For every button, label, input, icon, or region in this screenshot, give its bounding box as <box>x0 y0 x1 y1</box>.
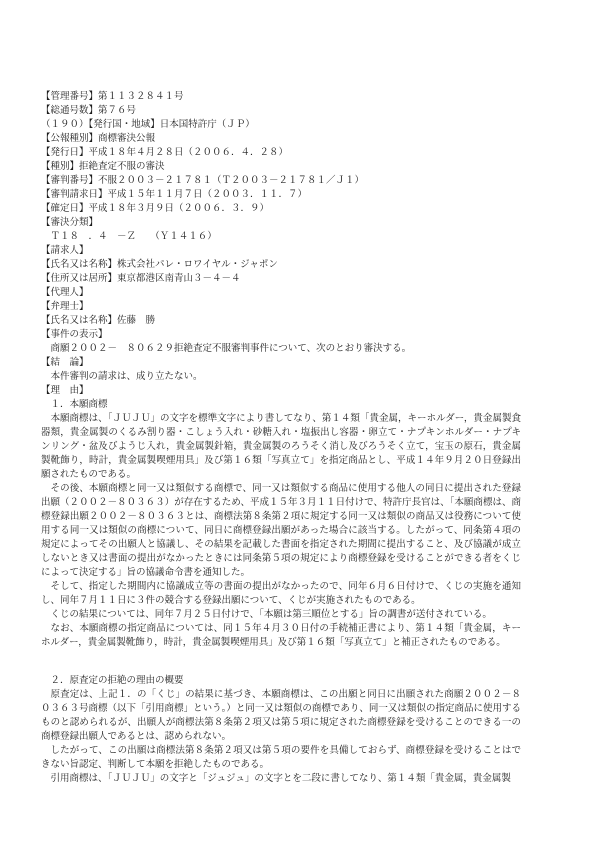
issuing-country: （１９０）【発行国・地域】日本国特許庁（ＪＰ） <box>41 118 521 132</box>
case-indication-label: 【事件の表示】 <box>41 328 521 342</box>
issue-date: 【発行日】平成１８年４月２８日（２００６．４．２８） <box>41 146 521 160</box>
agent-label: 【代理人】 <box>41 286 521 300</box>
case-indication: 商願２００２－ ８０６２９拒絶査定不服審判事件について、次のとおり審決する。 <box>41 342 521 356</box>
section-1-paragraph-2: その後、本願商標と同一又は類似する商標で、同一又は類似する商品に使用する他人の同… <box>41 482 521 580</box>
section-2-paragraph-1: 原査定は、上記１．の「くじ」の結果に基づき、本願商標は、この出願と同日に出願され… <box>41 688 521 744</box>
management-number: 【管理番号】第１１３２８４１号 <box>41 90 521 104</box>
section-gap <box>41 650 521 674</box>
conclusion-text: 本件審判の請求は、成り立たない。 <box>41 370 521 384</box>
section-1-paragraph-4: くじの結果については、同年７月２５日付けで、「本願は第三順位とする」旨の調書が送… <box>41 608 521 622</box>
section-1-heading: １．本願商標 <box>41 398 521 412</box>
section-1-paragraph-1: 本願商標は、「ＪＵＪＵ」の文字を標準文字により書してなり、第１４類「貴金属，キー… <box>41 412 521 482</box>
attorney-name: 【氏名又は名称】佐藤 勝 <box>41 314 521 328</box>
demandant-address: 【住所又は居所】東京都港区南青山３－４－４ <box>41 272 521 286</box>
document-body: 【管理番号】第１１３２８４１号【総通号数】第７６号（１９０）【発行国・地域】日本… <box>41 90 521 786</box>
final-date: 【確定日】平成１８年３月９日（２００６．３．９） <box>41 202 521 216</box>
section-2-paragraph-3: 引用商標は、「ＪＵＪＵ」の文字と「ジュジュ」の文字とを二段に書してなり、第１４類… <box>41 772 521 786</box>
conclusion-label: 【結 論】 <box>41 356 521 370</box>
section-1-paragraph-3: そして、指定した期間内に協議成立等の書面の提出がなかったので、同年６月６日付けで… <box>41 580 521 608</box>
section-2-paragraph-2: したがって、この出願は商標法第８条第２項又は第５項の要件を具備しておらず、商標登… <box>41 744 521 772</box>
appeal-number: 【審判番号】不服２００３－２１７８１（Ｔ２００３－２１７８１／Ｊ１） <box>41 174 521 188</box>
section-1-paragraph-5: なお、本願商標の指定商品については、同１５年４月３０日付の手続補正書により、第１… <box>41 622 521 650</box>
demandant-name: 【氏名又は名称】株式会社パレ・ロワイヤル・ジャポン <box>41 258 521 272</box>
serial-issue-number: 【総通号数】第７６号 <box>41 104 521 118</box>
decision-kind: 【種別】拒絶査定不服の審決 <box>41 160 521 174</box>
gazette-kind: 【公報種別】商標審決公報 <box>41 132 521 146</box>
decision-classification-label: 【審決分類】 <box>41 216 521 230</box>
reasons-label: 【理 由】 <box>41 384 521 398</box>
appeal-request-date: 【審判請求日】平成１５年１１月７日（２００３．１１．７） <box>41 188 521 202</box>
demandant-label: 【請求人】 <box>41 244 521 258</box>
section-2-heading: ２．原査定の拒絶の理由の概要 <box>41 674 521 688</box>
gazette-page: 【管理番号】第１１３２８４１号【総通号数】第７６号（１９０）【発行国・地域】日本… <box>0 0 600 849</box>
decision-classification-code: Ｔ１８ ．４ －Ｚ （Ｙ１４１６） <box>41 230 521 244</box>
attorney-label: 【弁理士】 <box>41 300 521 314</box>
